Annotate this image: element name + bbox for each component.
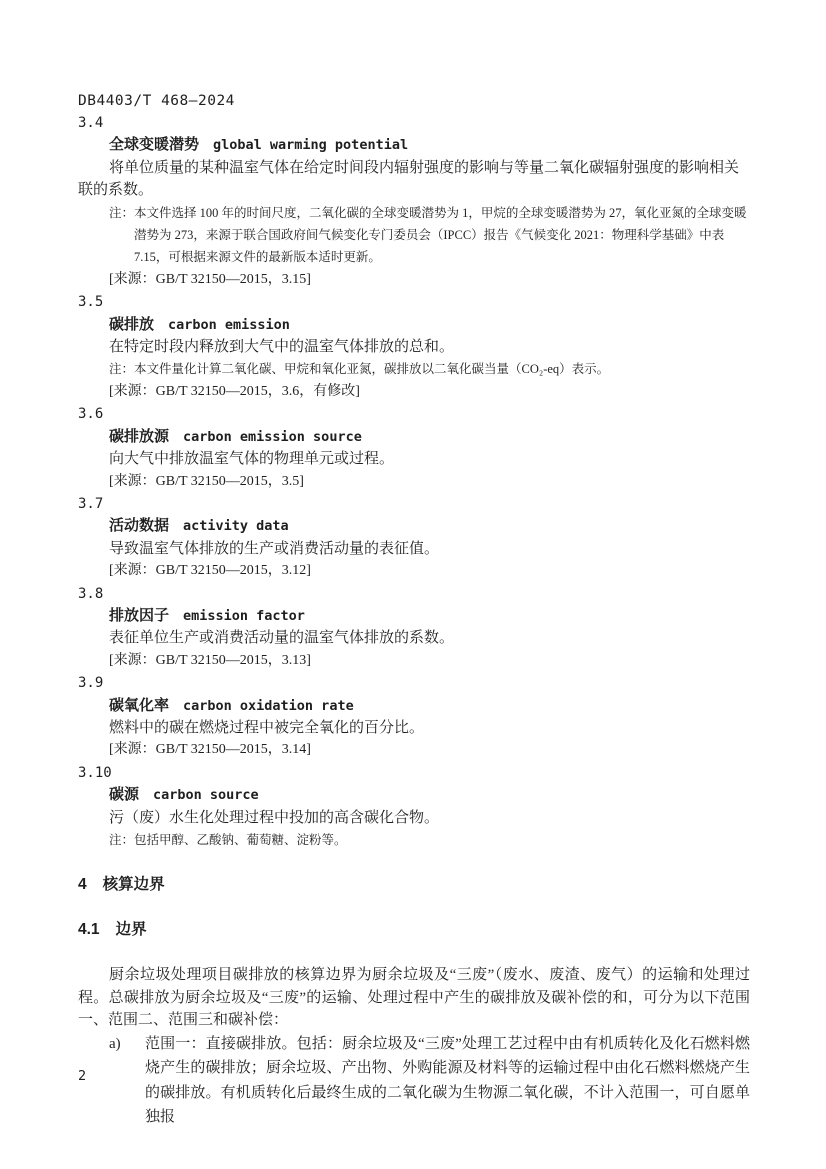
term-section-3-5: 3.5 碳排放carbon emission 在特定时段内释放到大气中的温室气体…: [78, 291, 750, 403]
term-section-3-7: 3.7 活动数据activity data 导致温室气体排放的生产或消费活动量的…: [78, 493, 750, 583]
term-en: emission factor: [183, 608, 305, 624]
term-heading: 活动数据activity data: [78, 515, 750, 537]
term-source: [来源：GB/T 32150—2015，3.12]: [78, 560, 750, 582]
section-title: 核算边界: [103, 876, 165, 893]
clause-number: 3.4: [78, 112, 750, 134]
clause-number: 3.6: [78, 403, 750, 425]
term-source: [来源：GB/T 32150—2015，3.6，有修改]: [78, 381, 750, 403]
term-definition: 向大气中排放温室气体的物理单元或过程。: [78, 448, 750, 470]
term-section-3-6: 3.6 碳排放源carbon emission source 向大气中排放温室气…: [78, 403, 750, 493]
term-en: carbon oxidation rate: [183, 698, 354, 714]
term-note: 注：包括甲醇、乙酸钠、葡萄糖、淀粉等。: [109, 829, 750, 851]
term-definition: 在特定时段内释放到大气中的温室气体排放的总和。: [78, 336, 750, 358]
term-en: carbon emission source: [183, 429, 362, 445]
term-source: [来源：GB/T 32150—2015，3.14]: [78, 739, 750, 761]
term-definition: 污（废）水生化处理过程中投加的高含碳化合物。: [78, 807, 750, 829]
clause-number: 3.9: [78, 672, 750, 694]
term-note: 注：本文件选择 100 年的时间尺度，二氧化碳的全球变暖潜势为 1，甲烷的全球变…: [109, 202, 750, 269]
term-zh: 活动数据: [109, 517, 169, 534]
subsection-title: 边界: [116, 921, 147, 938]
section-number: 4: [78, 876, 87, 893]
term-zh: 碳氧化率: [109, 697, 169, 714]
clause-number: 3.5: [78, 291, 750, 313]
term-en: carbon emission: [168, 317, 290, 333]
term-heading: 碳氧化率carbon oxidation rate: [78, 695, 750, 717]
term-source: [来源：GB/T 32150—2015，3.5]: [78, 471, 750, 493]
list-item-a: a) 范围一：直接碳排放。包括：厨余垃圾及“三废”处理工艺过程中由有机质转化及化…: [109, 1032, 750, 1130]
term-heading: 全球变暖潜势global warming potential: [78, 134, 750, 156]
term-definition: 导致温室气体排放的生产或消费活动量的表征值。: [78, 538, 750, 560]
term-zh: 全球变暖潜势: [109, 136, 199, 153]
section-heading-4: 4核算边界: [78, 874, 750, 896]
term-section-3-8: 3.8 排放因子emission factor 表征单位生产或消费活动量的温室气…: [78, 583, 750, 673]
term-zh: 排放因子: [109, 607, 169, 624]
term-en: global warming potential: [213, 137, 408, 153]
term-note: 注：本文件量化计算二氧化碳、甲烷和氧化亚氮，碳排放以二氧化碳当量（CO₂-eq）…: [109, 358, 750, 380]
term-section-3-9: 3.9 碳氧化率carbon oxidation rate 燃料中的碳在燃烧过程…: [78, 672, 750, 762]
term-heading: 碳源carbon source: [78, 784, 750, 806]
term-en: carbon source: [153, 787, 259, 803]
boundary-paragraph: 厨余垃圾处理项目碳排放的核算边界为厨余垃圾及“三废”（废水、废渣、废气）的运输和…: [78, 964, 750, 1031]
clause-number: 3.10: [78, 762, 750, 784]
list-item-label: a): [109, 1032, 145, 1130]
page-number: 2: [78, 1068, 86, 1084]
document-header: DB4403/T 468—2024: [78, 90, 750, 112]
term-heading: 排放因子emission factor: [78, 605, 750, 627]
clause-number: 3.8: [78, 583, 750, 605]
term-section-3-10: 3.10 碳源carbon source 污（废）水生化处理过程中投加的高含碳化…: [78, 762, 750, 852]
term-source: [来源：GB/T 32150—2015，3.15]: [78, 269, 750, 291]
term-heading: 碳排放源carbon emission source: [78, 426, 750, 448]
term-definition: 燃料中的碳在燃烧过程中被完全氧化的百分比。: [78, 717, 750, 739]
term-heading: 碳排放carbon emission: [78, 314, 750, 336]
term-source: [来源：GB/T 32150—2015，3.13]: [78, 650, 750, 672]
term-definition: 将单位质量的某种温室气体在给定时间段内辐射强度的影响与等量二氧化碳辐射强度的影响…: [78, 157, 750, 202]
term-zh: 碳排放源: [109, 428, 169, 445]
term-section-3-4: 3.4 全球变暖潜势global warming potential 将单位质量…: [78, 112, 750, 291]
term-zh: 碳源: [109, 786, 139, 803]
term-definition: 表征单位生产或消费活动量的温室气体排放的系数。: [78, 627, 750, 649]
term-en: activity data: [183, 518, 289, 534]
subsection-number: 4.1: [78, 921, 100, 938]
clause-number: 3.7: [78, 493, 750, 515]
list-item-text: 范围一：直接碳排放。包括：厨余垃圾及“三废”处理工艺过程中由有机质转化及化石燃料…: [145, 1032, 750, 1130]
section-heading-4-1: 4.1边界: [78, 919, 750, 941]
term-zh: 碳排放: [109, 316, 154, 333]
document-page: DB4403/T 468—2024 3.4 全球变暖潜势global warmi…: [78, 90, 750, 1130]
